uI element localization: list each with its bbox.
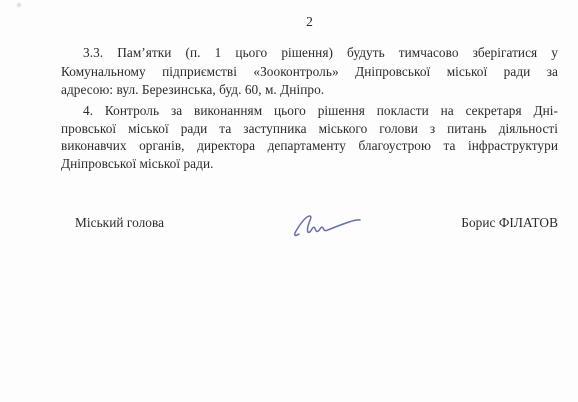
scan-artifact-speck [17,3,21,7]
signer-title: Міський голова [75,214,164,233]
paragraph-line: адресою: вул. Березинська, буд. 60, м. Д… [61,81,558,100]
paragraph-line: 3.3. Пам’ятки (п. 1 цього рішення) будут… [61,44,558,63]
scanned-document-page: 2 3.3. Пам’ятки (п. 1 цього рішення) буд… [0,0,578,402]
paragraph-line: провської міської ради та заступника міс… [61,120,558,138]
clause-4-paragraph: 4. Контроль за виконанням цього рішення … [61,102,558,172]
paragraph-line: Дніпровської міської ради. [61,155,558,173]
page-number: 2 [61,13,558,32]
paragraph-line: Комунальному підприємстві «Зооконтроль» … [61,63,558,82]
clause-3-3-paragraph: 3.3. Пам’ятки (п. 1 цього рішення) будут… [61,44,558,100]
paragraph-line: виконавчих органів, директора департамен… [61,137,558,155]
paragraph-line: 4. Контроль за виконанням цього рішення … [61,102,558,120]
handwritten-signature-icon [291,207,363,239]
signer-name: Борис ФІЛАТОВ [380,214,558,233]
